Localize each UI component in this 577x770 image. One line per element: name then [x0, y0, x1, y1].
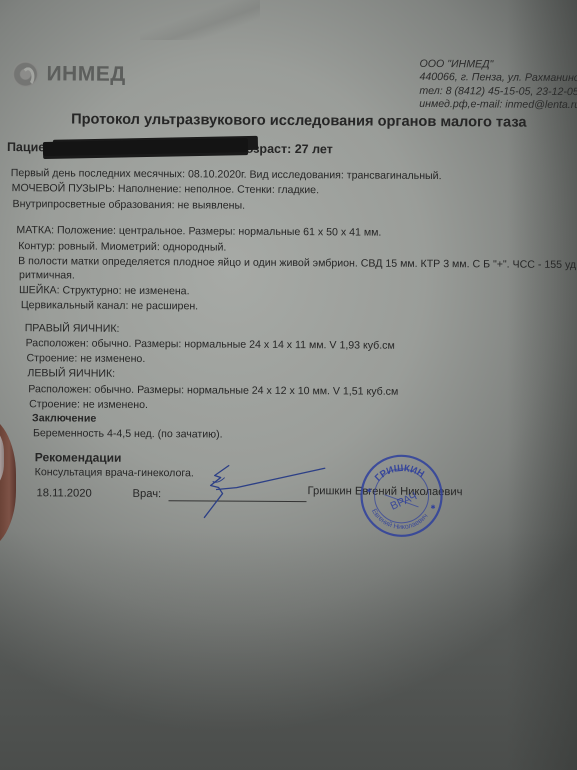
- contour-line: Контур: ровный. Миометрий: однородный.: [18, 240, 226, 253]
- cavity-line: В полости матки определяется плодное яйц…: [18, 255, 577, 271]
- exam-date: 18.11.2020: [37, 487, 92, 499]
- logo-text: ИНМЕД: [46, 62, 125, 87]
- svg-text:✱: ✱: [430, 504, 435, 511]
- company-info: ООО "ИНМЕД" 440066, г. Пенза, ул. Рахман…: [419, 58, 577, 113]
- recommendations-text: Консультация врача-гинеколога.: [35, 466, 194, 479]
- cervix-line: ШЕЙКА: Структурно: не изменена.: [19, 284, 190, 297]
- company-address: 440066, г. Пенза, ул. Рахманинова: [419, 71, 577, 86]
- document-title: Протокол ультразвукового исследования ор…: [71, 111, 527, 130]
- patient-line: Пациенозраст: 27 лет: [7, 139, 333, 156]
- bladder-inner-line: Внутрипросветные образования: не выявлен…: [13, 198, 246, 212]
- inmed-logo-icon: [12, 61, 38, 87]
- patient-age: озраст: 27 лет: [246, 142, 333, 157]
- cervical-canal-line: Цервикальный канал: не расширен.: [21, 299, 198, 312]
- handwritten-signature: [196, 463, 326, 524]
- left-ovary-position: Расположен: обычно. Размеры: нормальные …: [28, 383, 398, 398]
- svg-text:✱: ✱: [367, 488, 372, 495]
- right-ovary-structure: Строение: не изменено.: [26, 352, 145, 365]
- company-logo: ИНМЕД: [12, 61, 125, 88]
- lmp-line: Первый день последних месячных: 08.10.20…: [11, 167, 442, 182]
- bladder-line: МОЧЕВОЙ ПУЗЫРЬ: Наполнение: неполное. Ст…: [12, 182, 319, 196]
- company-name: ООО "ИНМЕД": [420, 58, 577, 73]
- redacted-patient-name: [43, 138, 248, 156]
- doctor-label: Врач:: [133, 488, 162, 500]
- rhythm-line: ритмичная.: [19, 269, 75, 281]
- right-ovary-title: ПРАВЫЙ ЯИЧНИК:: [25, 322, 120, 335]
- conclusion-title: Заключение: [32, 412, 96, 424]
- doctor-stamp: ГРИШКИН Евгений Николаевич ВРАЧ ✱ ✱: [356, 453, 447, 540]
- left-ovary-structure: Строение: не изменено.: [29, 398, 148, 411]
- svg-text:ГРИШКИН: ГРИШКИН: [373, 463, 426, 484]
- uterus-line: МАТКА: Положение: центральное. Размеры: …: [16, 224, 381, 239]
- left-ovary-title: ЛЕВЫЙ ЯИЧНИК:: [27, 367, 115, 380]
- conclusion-text: Беременность 4-4,5 нед. (по зачатию).: [33, 427, 223, 440]
- recommendations-title: Рекомендации: [35, 450, 122, 465]
- company-web: инмед.рф,e-mail: inmed@lenta.ru: [419, 98, 577, 113]
- document-page: ИНМЕД ООО "ИНМЕД" 440066, г. Пенза, ул. …: [0, 0, 577, 770]
- company-phone: тел: 8 (8412) 45-15-05, 23-12-05: [419, 85, 577, 100]
- right-ovary-position: Расположен: обычно. Размеры: нормальные …: [26, 337, 395, 352]
